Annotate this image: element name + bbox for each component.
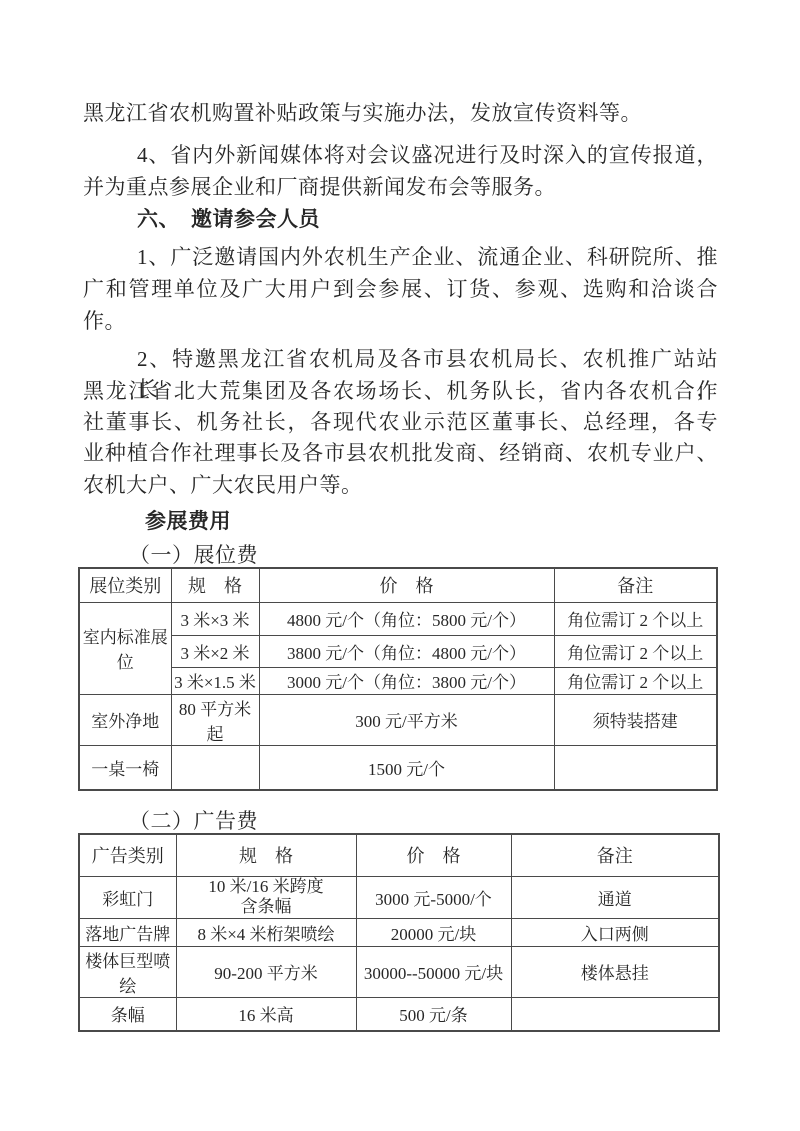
booth-spec-cell: 3 米×2 米 (171, 635, 259, 667)
booth-category-cell: 一桌一椅 (79, 745, 171, 790)
body-line: 农机大户、广大农民用户等。 (83, 470, 718, 500)
body-line: 业种植合作社理事长及各市县农机批发商、经销商、农机专业户、 (83, 438, 718, 468)
table-row: 一桌一椅 1500 元/个 (79, 745, 717, 790)
ad-table-caption: （二）广告费 (83, 806, 764, 836)
table-row: 3 米×2 米 3800 元/个（角位：4800 元/个） 角位需订 2 个以上 (79, 635, 717, 667)
booth-spec-cell (171, 745, 259, 790)
body-line: 社董事长、机务社长，各现代农业示范区董事长、总经理，各专 (83, 407, 718, 437)
table-row: 落地广告牌 8 米×4 米桁架喷绘 20000 元/块 入口两侧 (79, 918, 719, 946)
body-line: 广和管理单位及广大用户到会参展、订货、参观、选购和洽谈合 (83, 274, 718, 304)
document-page: 黑龙江省农机购置补贴政策与实施办法，发放宣传资料等。 4、省内外新闻媒体将对会议… (0, 0, 800, 1131)
section-heading-fee: 参展费用 (83, 506, 780, 536)
booth-price-cell: 1500 元/个 (259, 745, 554, 790)
booth-note-cell: 角位需订 2 个以上 (554, 667, 717, 694)
table-row: 楼体巨型喷绘 90-200 平方米 30000--50000 元/块 楼体悬挂 (79, 946, 719, 997)
body-line: 4、省内外新闻媒体将对会议盛况进行及时深入的宣传报道， (83, 140, 718, 170)
ad-note-cell: 楼体悬挂 (511, 946, 719, 997)
ad-header-note: 备注 (511, 834, 719, 876)
booth-note-cell (554, 745, 717, 790)
table-row: 条幅 16 米高 500 元/条 (79, 997, 719, 1031)
table-row: 彩虹门 10 米/16 米跨度 含条幅 3000 元-5000/个 通道 (79, 876, 719, 918)
ad-price-cell: 30000--50000 元/块 (356, 946, 511, 997)
body-line: 黑龙江省农机购置补贴政策与实施办法，发放宣传资料等。 (83, 98, 718, 128)
booth-category-cell: 室外净地 (79, 694, 171, 745)
body-line: 1、广泛邀请国内外农机生产企业、流通企业、科研院所、推 (83, 242, 718, 272)
ad-fee-table: 广告类别 规 格 价 格 备注 彩虹门 10 米/16 米跨度 含条幅 3000… (78, 833, 720, 1032)
booth-price-cell: 3000 元/个（角位：3800 元/个） (259, 667, 554, 694)
ad-price-cell: 500 元/条 (356, 997, 511, 1031)
booth-fee-table: 展位类别 规 格 价 格 备注 室内标准展位 3 米×3 米 4800 元/个（… (78, 567, 718, 791)
ad-note-cell: 入口两侧 (511, 918, 719, 946)
booth-note-cell: 须特装搭建 (554, 694, 717, 745)
ad-spec-line: 含条幅 (179, 897, 354, 917)
ad-note-cell (511, 997, 719, 1031)
ad-category-cell: 落地广告牌 (79, 918, 176, 946)
booth-spec-cell: 3 米×3 米 (171, 602, 259, 635)
ad-spec-cell: 90-200 平方米 (176, 946, 356, 997)
ad-header-category: 广告类别 (79, 834, 176, 876)
booth-price-cell: 4800 元/个（角位：5800 元/个） (259, 602, 554, 635)
ad-header-price: 价 格 (356, 834, 511, 876)
booth-price-cell: 3800 元/个（角位：4800 元/个） (259, 635, 554, 667)
ad-category-cell: 楼体巨型喷绘 (79, 946, 176, 997)
ad-spec-line: 10 米/16 米跨度 (179, 877, 354, 897)
ad-spec-cell: 16 米高 (176, 997, 356, 1031)
table-row: 室外净地 80 平方米起 300 元/平方米 须特装搭建 (79, 694, 717, 745)
ad-table-header-row: 广告类别 规 格 价 格 备注 (79, 834, 719, 876)
ad-header-spec: 规 格 (176, 834, 356, 876)
booth-header-category: 展位类别 (79, 568, 171, 602)
booth-header-spec: 规 格 (171, 568, 259, 602)
booth-table-header-row: 展位类别 规 格 价 格 备注 (79, 568, 717, 602)
body-line: 黑龙江省北大荒集团及各农场场长、机务队长，省内各农机合作 (83, 376, 718, 406)
section-heading-invite: 六、 邀请参会人员 (83, 204, 718, 234)
booth-note-cell: 角位需订 2 个以上 (554, 602, 717, 635)
ad-spec-cell: 10 米/16 米跨度 含条幅 (176, 876, 356, 918)
booth-spec-cell: 80 平方米起 (171, 694, 259, 745)
table-row: 室内标准展位 3 米×3 米 4800 元/个（角位：5800 元/个） 角位需… (79, 602, 717, 635)
booth-table-caption: （一）展位费 (83, 540, 764, 570)
booth-note-cell: 角位需订 2 个以上 (554, 635, 717, 667)
ad-category-cell: 彩虹门 (79, 876, 176, 918)
body-line: 作。 (83, 306, 718, 336)
ad-note-cell: 通道 (511, 876, 719, 918)
ad-price-cell: 3000 元-5000/个 (356, 876, 511, 918)
ad-spec-cell: 8 米×4 米桁架喷绘 (176, 918, 356, 946)
ad-price-cell: 20000 元/块 (356, 918, 511, 946)
table-row: 3 米×1.5 米 3000 元/个（角位：3800 元/个） 角位需订 2 个… (79, 667, 717, 694)
booth-spec-cell: 3 米×1.5 米 (171, 667, 259, 694)
booth-header-price: 价 格 (259, 568, 554, 602)
body-line: 并为重点参展企业和厂商提供新闻发布会等服务。 (83, 172, 718, 202)
booth-header-note: 备注 (554, 568, 717, 602)
booth-price-cell: 300 元/平方米 (259, 694, 554, 745)
booth-category-cell: 室内标准展位 (79, 602, 171, 694)
ad-category-cell: 条幅 (79, 997, 176, 1031)
